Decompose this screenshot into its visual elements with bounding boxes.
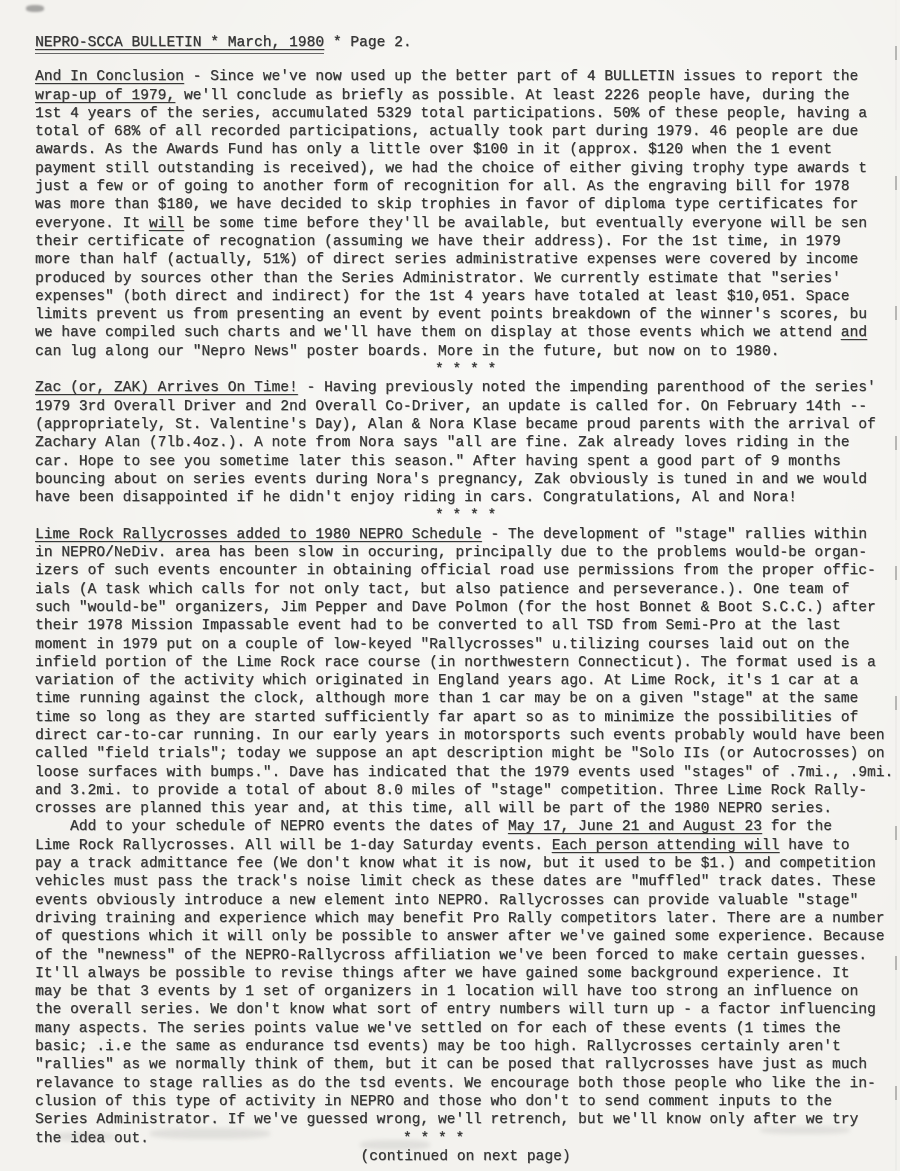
text-line: vehicles must pass the track's noise lim… (35, 873, 896, 891)
separator-line: * * * * (35, 361, 896, 379)
text-segment: bouncing about on series events during N… (35, 472, 867, 488)
scanned-bulletin-page: NEPRO-SCCA BULLETIN * March, 1980 * Page… (0, 0, 900, 1171)
text-segment: everyone. It (35, 216, 149, 232)
scan-smudge (360, 1140, 430, 1150)
text-segment: Zachary Alan (7lb.4oz.). A note from Nor… (35, 435, 849, 451)
text-line: relavance to stage rallies as do the tsd… (35, 1075, 896, 1093)
text-segment: awards. As the Awards Fund has only a li… (35, 142, 832, 158)
text-segment: was more than $180, we have decided to s… (35, 197, 858, 213)
text-line: everyone. It will be some time before th… (35, 215, 896, 233)
text-line: can lug along our "Nepro News" poster bo… (35, 343, 896, 361)
text-segment: limits prevent us from presenting an eve… (35, 307, 867, 323)
separator-line: * * * * (35, 507, 896, 525)
text-line: time running against the clock, although… (35, 690, 896, 708)
text-line: we have compiled such charts and we'll h… (35, 324, 896, 342)
text-segment: and 3.2mi. to provide a total of about 8… (35, 783, 867, 799)
text-segment: we'll conclude as briefly as possible. A… (175, 88, 849, 104)
text-segment: relavance to stage rallies as do the tsd… (35, 1076, 876, 1092)
underlined-text: May 17, June 21 and August 23 (508, 819, 762, 835)
text-segment: produced by sources other than the Serie… (35, 271, 841, 287)
text-line: bouncing about on series events during N… (35, 471, 896, 489)
text-segment: Lime Rock Rallycrosses. All will be 1-da… (35, 838, 552, 854)
text-line: have been disappointed if he didn't enjo… (35, 489, 896, 507)
text-line: And In Conclusion - Since we've now used… (35, 68, 896, 86)
text-line: of questions which it will only be possi… (35, 928, 896, 946)
text-segment: Add to your schedule of NEPRO events the… (35, 819, 508, 835)
text-segment: be some time before they'll be available… (184, 216, 867, 232)
scan-smudge (26, 5, 44, 12)
underlined-text: Lime Rock Rallycrosses added to 1980 NEP… (35, 527, 482, 543)
text-line: driving training and experience which ma… (35, 910, 896, 928)
text-segment: * * * * (435, 508, 496, 524)
text-segment: the overall series. We don't know what s… (35, 1002, 876, 1018)
text-segment: total of 68% of all recorded participati… (35, 124, 858, 140)
text-line: car. Hope to see you sometime later this… (35, 453, 896, 471)
text-segment: variation of the activity which originat… (35, 673, 858, 689)
text-segment: 1st 4 years of the series, accumulated 5… (35, 106, 867, 122)
text-line: their certificate of recognation (assumi… (35, 233, 896, 251)
underlined-text: NEPRO-SCCA BULLETIN * March, 1980 (35, 35, 324, 54)
underlined-text: Zac (or, ZAK) Arrives On Time! (35, 380, 298, 396)
text-line: clusion of this type of activity in NEPR… (35, 1093, 896, 1111)
text-segment: Series Administrator. If we've guessed w… (35, 1112, 858, 1128)
text-line: Zachary Alan (7lb.4oz.). A note from Nor… (35, 434, 896, 452)
text-segment: many aspects. The series points value we… (35, 1021, 841, 1037)
page-header: NEPRO-SCCA BULLETIN * March, 1980 * Page… (35, 34, 896, 52)
text-line: their 1978 Mission Impassable event had … (35, 617, 896, 635)
text-line: just a few or of going to another form o… (35, 178, 896, 196)
text-segment: driving training and experience which ma… (35, 911, 885, 927)
text-segment: called "field trials"; today we suppose … (35, 746, 885, 762)
text-line: expenses" (both direct and indirect) for… (35, 288, 896, 306)
text-line: payment still outstanding is received), … (35, 160, 896, 178)
text-line: It'll always be possible to revise thing… (35, 965, 896, 983)
text-segment: (appropriately, St. Valentine's Day), Al… (35, 417, 876, 433)
text-segment: ials (A task which calls for not only ta… (35, 582, 849, 598)
text-line: in NEPRO/NeDiv. area has been slow in oc… (35, 544, 896, 562)
text-segment: direct car-to-car running. In our early … (35, 728, 885, 744)
underlined-text: wrap-up of 1979, (35, 88, 175, 104)
text-line: moment in 1979 put on a couple of low-ke… (35, 636, 896, 654)
underlined-text: Each person attending will (552, 838, 780, 854)
text-segment: we have compiled such charts and we'll h… (35, 325, 841, 341)
text-line: loose surfaces with bumps.". Dave has in… (35, 764, 896, 782)
text-segment: expenses" (both direct and indirect) for… (35, 289, 849, 305)
footer-line: (continued on next page) (35, 1148, 896, 1166)
text-line: awards. As the Awards Fund has only a li… (35, 141, 896, 159)
text-segment: payment still outstanding is received), … (35, 161, 867, 177)
text-line: "rallies" as we normally think of them, … (35, 1056, 896, 1074)
text-line: 1st 4 years of the series, accumulated 5… (35, 105, 896, 123)
text-segment: have to (779, 838, 849, 854)
text-segment: of questions which it will only be possi… (35, 929, 885, 945)
text-segment: moment in 1979 put on a couple of low-ke… (35, 637, 849, 653)
text-segment: events obviously introduce a new element… (35, 893, 858, 909)
text-line: more than half (actually, 51%) of direct… (35, 251, 896, 269)
text-line: pay a track admittance fee (We don't kno… (35, 855, 896, 873)
text-segment: have been disappointed if he didn't enjo… (35, 490, 797, 506)
text-segment: crosses are planned this year and, at th… (35, 801, 832, 817)
text-line: may be that 3 events by 1 set of organiz… (35, 983, 896, 1001)
text-segment: vehicles must pass the track's noise lim… (35, 874, 876, 890)
text-segment: may be that 3 events by 1 set of organiz… (35, 984, 858, 1000)
document-body: NEPRO-SCCA BULLETIN * March, 1980 * Page… (35, 34, 896, 1148)
text-segment: infield portion of the Lime Rock race co… (35, 655, 876, 671)
text-line: Zac (or, ZAK) Arrives On Time! - Having … (35, 379, 896, 397)
text-line: limits prevent us from presenting an eve… (35, 306, 896, 324)
document-text: NEPRO-SCCA BULLETIN * March, 1980 * Page… (35, 34, 896, 1171)
text-line: Lime Rock Rallycrosses added to 1980 NEP… (35, 526, 896, 544)
text-line: izers of such events encounter in obtain… (35, 562, 896, 580)
text-segment: clusion of this type of activity in NEPR… (35, 1094, 832, 1110)
underlined-text: And In Conclusion (35, 69, 184, 85)
text-line: Add to your schedule of NEPRO events the… (35, 818, 896, 836)
text-line: was more than $180, we have decided to s… (35, 196, 896, 214)
text-segment: loose surfaces with bumps.". Dave has in… (35, 765, 893, 781)
text-line: 1979 3rd Overall Driver and 2nd Overall … (35, 398, 896, 416)
text-line: called "field trials"; today we suppose … (35, 745, 896, 763)
text-segment: in NEPRO/NeDiv. area has been slow in oc… (35, 545, 867, 561)
scan-smudge (760, 1126, 850, 1134)
text-line: direct car-to-car running. In our early … (35, 727, 896, 745)
text-line: the overall series. We don't know what s… (35, 1001, 896, 1019)
text-segment: - The development of "stage" rallies wit… (482, 527, 867, 543)
text-segment: time so long as they are started suffici… (35, 710, 858, 726)
text-line: basic; .i.e the same as endurance tsd ev… (35, 1038, 896, 1056)
text-segment: pay a track admittance fee (We don't kno… (35, 856, 876, 872)
underlined-text: will (149, 216, 184, 232)
text-line: produced by sources other than the Serie… (35, 270, 896, 288)
text-segment: * * * * (435, 362, 496, 378)
text-segment: such "would-be" organizers, Jim Pepper a… (35, 600, 876, 616)
text-segment: * Page 2. (324, 35, 412, 51)
text-line: ials (A task which calls for not only ta… (35, 581, 896, 599)
text-segment: for the (762, 819, 832, 835)
text-line: (appropriately, St. Valentine's Day), Al… (35, 416, 896, 434)
text-line: time so long as they are started suffici… (35, 709, 896, 727)
text-line: events obviously introduce a new element… (35, 892, 896, 910)
text-segment: - Since we've now used up the better par… (184, 69, 858, 85)
text-line: total of 68% of all recorded participati… (35, 123, 896, 141)
text-line: and 3.2mi. to provide a total of about 8… (35, 782, 896, 800)
text-line: crosses are planned this year and, at th… (35, 800, 896, 818)
text-segment: car. Hope to see you sometime later this… (35, 454, 841, 470)
text-segment: basic; .i.e the same as endurance tsd ev… (35, 1039, 841, 1055)
text-segment: can lug along our "Nepro News" poster bo… (35, 344, 779, 360)
scan-smudge (150, 1128, 270, 1139)
text-segment: just a few or of going to another form o… (35, 179, 849, 195)
text-line: variation of the activity which originat… (35, 672, 896, 690)
text-segment: "rallies" as we normally think of them, … (35, 1057, 867, 1073)
text-line: infield portion of the Lime Rock race co… (35, 654, 896, 672)
text-line: of the "newness" of the NEPRO-Rallycross… (35, 947, 896, 965)
scan-edge-artifact (895, 0, 897, 1171)
text-segment: - Having previously noted the impending … (298, 380, 876, 396)
text-segment: 1979 3rd Overall Driver and 2nd Overall … (35, 399, 867, 415)
text-segment: izers of such events encounter in obtain… (35, 563, 876, 579)
scan-smudge (55, 1132, 115, 1141)
text-segment: more than half (actually, 51%) of direct… (35, 252, 858, 268)
text-segment: It'll always be possible to revise thing… (35, 966, 849, 982)
text-segment: their certificate of recognation (assumi… (35, 234, 841, 250)
text-segment: time running against the clock, although… (35, 691, 858, 707)
text-segment: their 1978 Mission Impassable event had … (35, 618, 841, 634)
underlined-text: and (841, 325, 867, 341)
text-line: such "would-be" organizers, Jim Pepper a… (35, 599, 896, 617)
text-line: wrap-up of 1979, we'll conclude as brief… (35, 87, 896, 105)
text-segment: of the "newness" of the NEPRO-Rallycross… (35, 948, 867, 964)
text-line: many aspects. The series points value we… (35, 1020, 896, 1038)
text-line: Lime Rock Rallycrosses. All will be 1-da… (35, 837, 896, 855)
